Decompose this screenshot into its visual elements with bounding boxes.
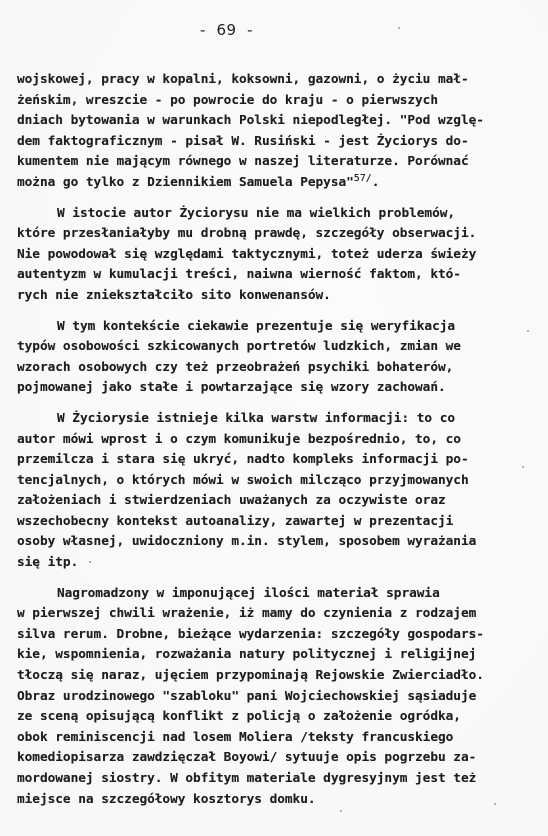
scan-speck [340,810,342,812]
text-line: Obraz urodzinowego "szabloku" pani Wojci… [17,687,537,708]
paragraph-3: W tym kontekście ciekawie prezentuje się… [17,317,537,399]
text-line: dem faktograficznym - pisał W. Rusiński … [17,132,537,153]
scan-speck [398,27,400,29]
text-line: w pierwszej chwili wrażenie, iż mamy do … [17,604,537,625]
text-line: się itp. [17,553,537,574]
scan-speck [527,330,529,332]
footnote-marker: 57/ [354,173,372,184]
text-line: ze sceną opisującą konflikt z policją o … [17,707,537,728]
scan-speck [494,803,496,805]
text-line: W istocie autor Życiorysu nie ma wielkic… [17,204,537,225]
text-line: wojskowej, pracy w kopalni, koksowni, ga… [17,70,537,91]
text-line: W tym kontekście ciekawie prezentuje się… [17,317,537,338]
scan-speck [107,799,109,801]
scan-speck [89,561,91,563]
text-line: typów osobowości szkicowanych portretów … [17,337,537,358]
paragraph-5: Nagromadzony w imponującej ilości materi… [17,584,537,811]
body-text: wojskowej, pracy w kopalni, koksowni, ga… [17,70,537,820]
text-line: wzorach osobowych czy też przeobrażeń ps… [17,358,537,379]
text-line: Nagromadzony w imponującej ilości materi… [17,584,537,605]
paragraph-4: W Życiorysie istnieje kilka warstw infor… [17,409,537,574]
text-line: autentyzm w kumulacji treści, naiwna wie… [17,265,537,286]
text-line: mordowanej siostry. W obfitym materiale … [17,769,537,790]
text-line: które przesłaniałyby mu drobną prawdę, s… [17,224,537,245]
text-line: wszechobecny kontekst autoanalizy, zawar… [17,512,537,533]
text-segment: można go tylko z Dziennikiem Samuela Pep… [17,175,354,190]
scan-speck [522,466,524,468]
text-line: pojmowanej jako stałe i powtarzające się… [17,378,537,399]
text-line: obok reminiscencji nad losem Moliera /te… [17,728,537,749]
text-line: przemilcza i stara się ukryć, nadto komp… [17,450,537,471]
text-segment: . [372,175,380,190]
text-line: osoby własnej, uwidoczniony m.in. stylem… [17,532,537,553]
text-line: tencjalnych, o których mówi w swoich mil… [17,471,537,492]
text-line-with-footnote: można go tylko z Dziennikiem Samuela Pep… [17,173,537,194]
text-line: żeńskim, wreszcie - po powrocie do kraju… [17,91,537,112]
text-line: Nie powodował się względami taktycznymi,… [17,245,537,266]
text-line: założeniach i stwierdzeniach uważanych z… [17,491,537,512]
text-line: dniach bytowania w warunkach Polski niep… [17,111,537,132]
text-line: silva rerum. Drobne, bieżące wydarzenia:… [17,625,537,646]
text-line: miejsce na szczegółowy kosztorys domku. [17,790,537,811]
paragraph-1: wojskowej, pracy w kopalni, koksowni, ga… [17,70,537,194]
text-line: rych nie zniekształciło sito konwenansów… [17,286,537,307]
text-line: kumentem nie mającym równego w naszej li… [17,152,537,173]
paragraph-2: W istocie autor Życiorysu nie ma wielkic… [17,204,537,307]
text-line: autor mówi wprost i o czym komunikuje be… [17,430,537,451]
text-line: komediopisarza zawdzięczał Boyowi/ sytuu… [17,748,537,769]
text-line: W Życiorysie istnieje kilka warstw infor… [17,409,537,430]
text-line: kie, wspomnienia, rozważania natury poli… [17,645,537,666]
page-number: - 69 - [200,21,270,39]
text-line: tłoczą się naraz, ujęciem przypominają R… [17,666,537,687]
document-page: - 69 - wojskowej, pracy w kopalni, kokso… [0,0,548,836]
